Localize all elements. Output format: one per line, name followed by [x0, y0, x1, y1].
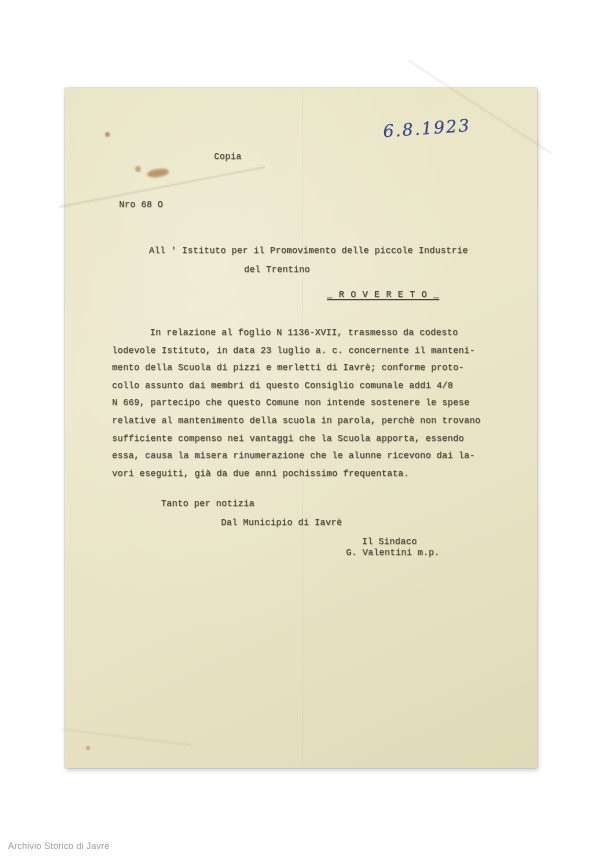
letter-body: In relazione al foglio N 1136-XVII, tras…: [112, 325, 512, 483]
top-right-fold-crease: [408, 60, 552, 154]
rust-stain: [135, 166, 141, 172]
copy-label: Copia: [214, 152, 242, 162]
recipient-city: _ R O V E R E T O _: [327, 290, 439, 300]
body-line: vori eseguiti, già da due anni pochissim…: [112, 466, 512, 484]
recipient-line-2: del Trentino: [244, 265, 310, 275]
body-line: N 669, partecipo che questo Comune non i…: [112, 395, 512, 413]
recipient-line-1: All ' Istituto per il Promovimento delle…: [149, 246, 468, 256]
body-line: sufficiente compenso nei vantaggi che la…: [112, 431, 512, 449]
rust-stain: [86, 746, 90, 750]
signature-name: G. Valentini m.p.: [346, 548, 440, 558]
signature-title: Il Sindaco: [362, 537, 417, 547]
scanned-document-photo: 6.8.1923 Copia Nro 68 O All ' Istituto p…: [0, 0, 600, 857]
rust-stain: [147, 168, 170, 179]
archive-watermark: Archivio Storico di Javrè: [8, 841, 110, 851]
handwritten-date: 6.8.1923: [382, 114, 503, 142]
body-line: mento della Scuola di pizzi e merletti d…: [112, 360, 512, 378]
body-line: relative al mantenimento della scuola in…: [112, 413, 512, 431]
closing-from: Dal Municipio di Iavrè: [221, 518, 342, 528]
body-line: collo assunto dai membri di questo Consi…: [112, 378, 512, 396]
body-line: In relazione al foglio N 1136-XVII, tras…: [112, 325, 512, 343]
closing-note: Tanto per notizia: [161, 499, 255, 509]
reference-number: Nro 68 O: [119, 200, 163, 210]
body-line: lodevole Istituto, in data 23 luglio a. …: [112, 343, 512, 361]
rust-stain: [105, 132, 110, 137]
bottom-left-fold-crease: [61, 728, 190, 746]
body-line: essa, causa la misera rinumerazione che …: [112, 448, 512, 466]
letter-paper: 6.8.1923 Copia Nro 68 O All ' Istituto p…: [65, 88, 537, 768]
